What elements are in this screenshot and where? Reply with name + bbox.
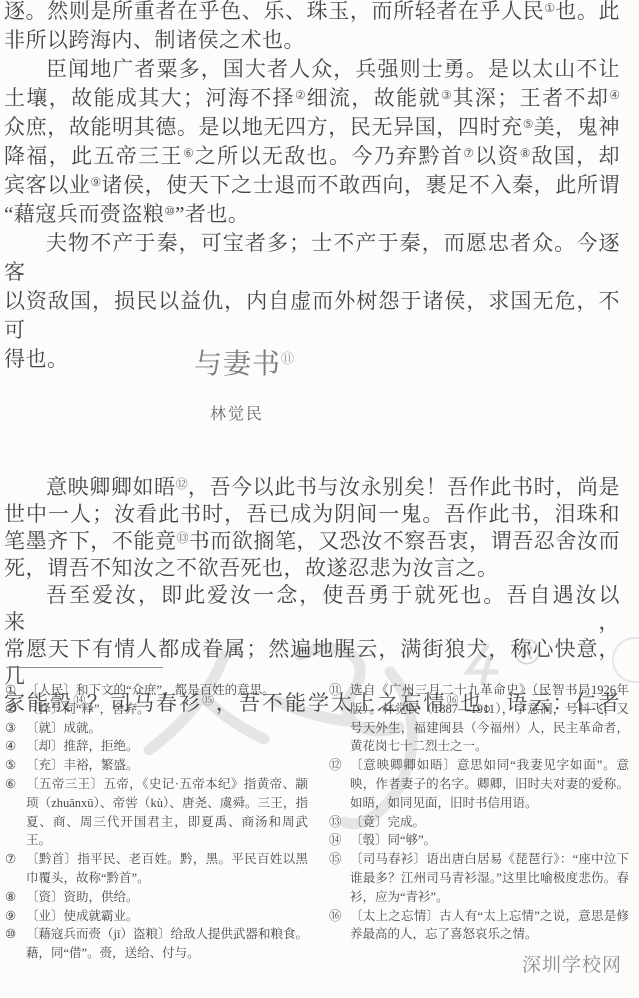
footnote-ref: ④	[609, 88, 620, 102]
footnote-text: 〔却〕推辞，拒绝。	[26, 739, 139, 753]
footnote-item: ⑮〔司马春衫〕语出唐白居易《琵琶行》：“座中泣下谁最多？江州司马青衫湿。”这里比…	[329, 850, 629, 906]
footnote-number: ⑤	[5, 756, 16, 775]
text-line: 以资敌国，损民以益仇，内自虚而外树怨于诸侯，求国无危，不可	[4, 287, 620, 345]
footnote-ref: ⑦	[463, 146, 475, 160]
footnote-number: ⑨	[5, 907, 16, 926]
footnote-text: 〔择〕同“释”，舍弃。	[26, 702, 150, 716]
footnote-item: ⑫〔意映卿卿如晤〕意思如同“我妻见字如面”。意映，作者妻子的名字。卿卿，旧时夫对…	[329, 756, 629, 812]
site-watermark: 深圳学校网	[522, 950, 622, 977]
footnote-text: 〔竟〕完成。	[350, 815, 425, 829]
text-line: 降福，此五帝三王⑥之所以无敌也。今乃弃黔首⑦以资⑧敌国，却	[4, 142, 620, 171]
footnote-item: ⑪选自《广州三月二十九革命史》（民智书局1926年版）。林觉民（1887—191…	[329, 681, 629, 756]
textbook-page: ® 逐。然则是所重者在乎色、乐、珠玉，而所轻者在乎人民①也。此非所以跨海内、制诸…	[0, 0, 639, 998]
text-line: 土壤，故能成其大；河海不择②细流，故能就③其深；王者不却④	[4, 84, 620, 113]
footnote-ref: ⑪	[281, 351, 294, 366]
footnote-text: 〔藉寇兵而赍（jī）盗粮〕给敌人提供武器和粮食。藉，同“借”。赍，送给、付与。	[26, 927, 308, 960]
footnote-ref: ①	[544, 1, 555, 15]
footnote-number: ①	[5, 681, 16, 700]
footnote-item: ⑥〔五帝三王〕五帝，《史记·五帝本纪》指黄帝、颛顼（zhuānxū）、帝喾（kù…	[5, 775, 308, 850]
footnote-text: 〔意映卿卿如晤〕意思如同“我妻见字如面”。意映，作者妻子的名字。卿卿，旧时夫对妻…	[350, 758, 629, 810]
footnote-text: 〔彀〕同“够”。	[350, 833, 436, 847]
footnote-text: 〔人民〕和下文的“众庶”，都是百姓的意思。	[26, 683, 275, 697]
text-line: 臣闻地广者粟多，国大者人众，兵强则士勇。是以太山不让	[4, 55, 620, 84]
lesson-author: 林觉民	[4, 401, 470, 424]
footnote-number: ③	[5, 719, 16, 738]
footnote-number: ⑩	[5, 925, 16, 944]
jian-zhu-ke-shu-text-block: 逐。然则是所重者在乎色、乐、珠玉，而所轻者在乎人民①也。此非所以跨海内、制诸侯之…	[4, 0, 622, 374]
footnote-text: 〔业〕使成就霸业。	[26, 909, 139, 923]
footnote-item: ⑧〔资〕资助，供给。	[5, 888, 308, 907]
text-line: 非所以跨海内、制诸侯之术也。	[4, 26, 620, 55]
footnote-ref: ③	[441, 88, 453, 102]
footnote-item: ②〔择〕同“释”，舍弃。	[5, 700, 308, 719]
footnotes-left-column: ①〔人民〕和下文的“众庶”，都是百姓的意思。②〔择〕同“释”，舍弃。③〔就〕成就…	[5, 681, 308, 963]
footnote-item: ④〔却〕推辞，拒绝。	[5, 737, 308, 756]
footnote-ref: ⑩	[164, 204, 175, 218]
footnote-number: ⑯	[329, 907, 342, 926]
footnote-item: ⑩〔藉寇兵而赍（jī）盗粮〕给敌人提供武器和粮食。藉，同“借”。赍，送给、付与。	[5, 925, 308, 963]
text-line: 众庶，故能明其德。是以地无四方，民无异国，四时充⑤美，鬼神	[4, 113, 620, 142]
text-line: “藉寇兵而赍盗粮⑩”者也。	[4, 200, 620, 229]
footnote-number: ⑫	[329, 756, 342, 775]
text-line: 吾至爱汝，即此爱汝一念，使吾勇于就死也。吾自遇汝以来，	[4, 582, 620, 636]
footnote-number: ⑧	[5, 888, 16, 907]
text-line: 世中一人；汝看此书时，吾已成为阴间一鬼。吾作此书，泪珠和	[4, 501, 620, 528]
footnote-text: 〔太上之忘情〕古人有“太上忘情”之说，意思是修养最高的人，忘了喜怒哀乐之情。	[350, 909, 629, 942]
footnote-ref: ⑫	[176, 477, 188, 491]
footnote-item: ⑭〔彀〕同“够”。	[329, 831, 629, 850]
footnote-divider	[6, 667, 163, 668]
footnote-item: ⑬〔竟〕完成。	[329, 813, 629, 832]
footnote-ref: ②	[295, 88, 307, 102]
footnote-number: ⑥	[5, 775, 16, 794]
footnote-number: ④	[5, 737, 16, 756]
lesson-title: 与妻书⑪	[4, 342, 484, 382]
footnote-item: ①〔人民〕和下文的“众庶”，都是百姓的意思。	[5, 681, 308, 700]
text-line: 夫物不产于秦，可宝者多；士不产于秦，而愿忠者众。今逐客	[4, 229, 620, 287]
footnote-ref: ⑥	[183, 146, 195, 160]
footnote-number: ②	[5, 700, 16, 719]
text-line: 宾客以业⑨诸侯，使天下之士退而不敢西向，裹足不入秦，此所谓	[4, 171, 620, 200]
footnote-item: ③〔就〕成就。	[5, 719, 308, 738]
footnote-ref: ⑬	[177, 531, 189, 545]
footnote-number: ⑮	[329, 850, 342, 869]
text-line: 死，谓吾不知汝之不欲吾死也，故遂忍悲为汝言之。	[4, 555, 620, 582]
footnote-text: 〔黔首〕指平民、老百姓。黔，黑。平民百姓以黑巾覆头，故称“黔首”。	[26, 852, 308, 885]
footnote-ref: ⑤	[523, 117, 534, 131]
text-line: 笔墨齐下，不能竟⑬书而欲搁笔，又恐汝不察吾衷，谓吾忍舍汝而	[4, 528, 620, 555]
footnote-item: ⑯〔太上之忘情〕古人有“太上忘情”之说，意思是修养最高的人，忘了喜怒哀乐之情。	[329, 907, 629, 945]
footnote-item: ⑦〔黔首〕指平民、老百姓。黔，黑。平民百姓以黑巾覆头，故称“黔首”。	[5, 850, 308, 888]
footnote-text: 〔就〕成就。	[26, 721, 101, 735]
footnote-number: ⑭	[329, 831, 342, 850]
footnote-text: 〔司马春衫〕语出唐白居易《琵琶行》：“座中泣下谁最多？江州司马青衫湿。”这里比喻…	[350, 852, 629, 904]
footnote-text: 选自《广州三月二十九革命史》（民智书局1926年版）。林觉民（1887—1911…	[350, 683, 629, 753]
footnote-ref: ⑧	[520, 146, 532, 160]
footnote-item: ⑤〔充〕丰裕，繁盛。	[5, 756, 308, 775]
footnote-number: ⑪	[329, 681, 342, 700]
text-line: 意映卿卿如晤⑫，吾今以此书与汝永别矣！吾作此书时，尚是	[4, 474, 620, 501]
footnote-ref: ⑨	[90, 175, 101, 189]
footnote-text: 〔五帝三王〕五帝，《史记·五帝本纪》指黄帝、颛顼（zhuānxū）、帝喾（kù）…	[26, 777, 308, 847]
footnote-item: ⑨〔业〕使成就霸业。	[5, 907, 308, 926]
text-line: 逐。然则是所重者在乎色、乐、珠玉，而所轻者在乎人民①也。此	[4, 0, 620, 26]
footnote-text: 〔充〕丰裕，繁盛。	[26, 758, 139, 772]
footnotes-right-column: ⑪选自《广州三月二十九革命史》（民智书局1926年版）。林觉民（1887—191…	[329, 681, 629, 944]
footnote-text: 〔资〕资助，供给。	[26, 890, 139, 904]
footnote-number: ⑦	[5, 850, 16, 869]
footnote-number: ⑬	[329, 813, 342, 832]
